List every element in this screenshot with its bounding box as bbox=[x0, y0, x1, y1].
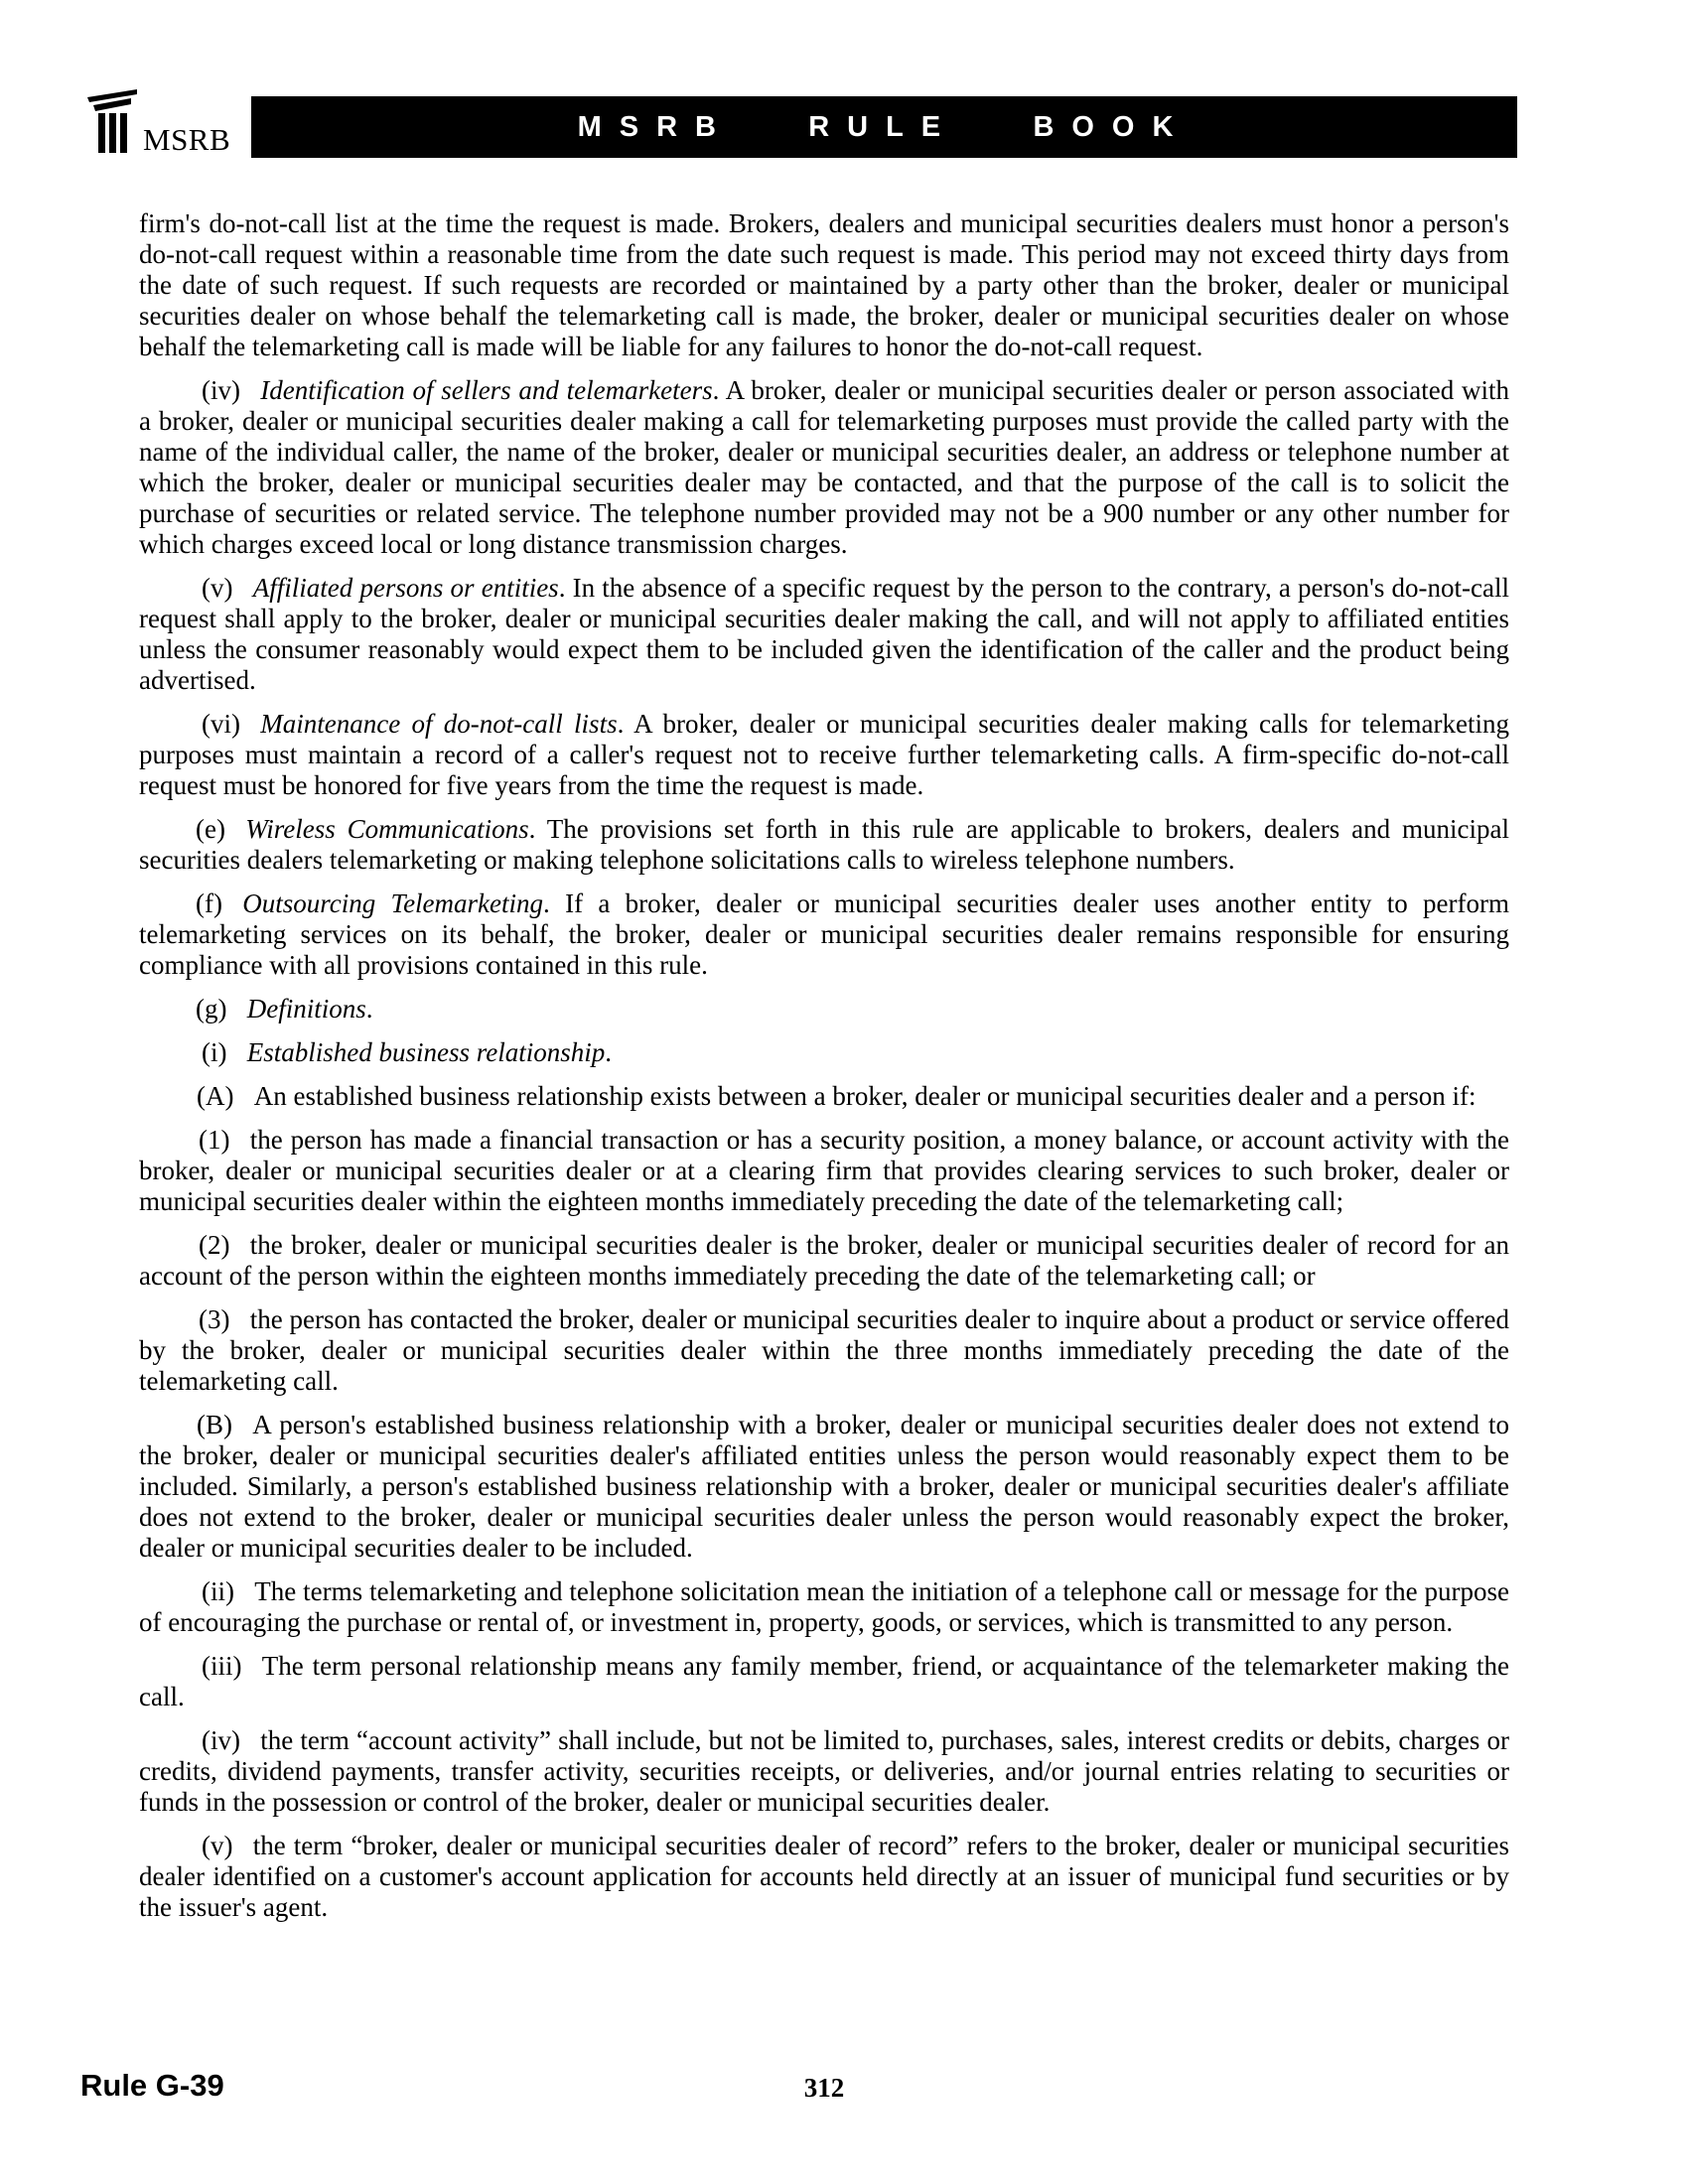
paragraph: (v)the term “broker, dealer or municipal… bbox=[139, 1831, 1509, 1923]
msrb-logo: MSRB bbox=[87, 89, 230, 153]
paragraph: (1)the person has made a financial trans… bbox=[139, 1125, 1509, 1217]
paragraph-label: (v) bbox=[202, 573, 253, 603]
paragraph-text: the broker, dealer or municipal securiti… bbox=[139, 1230, 1509, 1291]
paragraph-label: (B) bbox=[197, 1410, 252, 1439]
page-number: 312 bbox=[139, 2073, 1509, 2104]
paragraph-heading: Definitions bbox=[247, 994, 366, 1024]
paragraph: (i)Established business relationship. bbox=[139, 1037, 1509, 1068]
paragraph-label: (i) bbox=[202, 1037, 247, 1067]
paragraph-text: the term “broker, dealer or municipal se… bbox=[139, 1831, 1509, 1922]
paragraph: (iii)The term personal relationship mean… bbox=[139, 1651, 1509, 1712]
document-page: MSRB MSRB RULE BOOK firm's do-not-call l… bbox=[0, 0, 1688, 2184]
paragraph-heading: Identification of sellers and telemarket… bbox=[260, 375, 712, 405]
paragraph-text: A person's established business relation… bbox=[139, 1410, 1509, 1563]
paragraph-text: the person has made a financial transact… bbox=[139, 1125, 1509, 1216]
paragraph: (e)Wireless Communications. The provisio… bbox=[139, 814, 1509, 876]
paragraph-heading: Outsourcing Telemarketing bbox=[242, 888, 543, 918]
paragraph-text: . bbox=[605, 1037, 612, 1067]
paragraph: firm's do-not-call list at the time the … bbox=[139, 208, 1509, 362]
header-bar-title: MSRB RULE BOOK bbox=[578, 111, 1192, 144]
paragraph: (iv)Identification of sellers and telema… bbox=[139, 375, 1509, 560]
paragraph-label: (iv) bbox=[202, 1725, 260, 1755]
paragraph-label: (v) bbox=[202, 1831, 253, 1860]
paragraph-text: The terms telemarketing and telephone so… bbox=[139, 1576, 1509, 1637]
paragraph: (3)the person has contacted the broker, … bbox=[139, 1304, 1509, 1397]
header-bar: MSRB RULE BOOK bbox=[251, 96, 1517, 158]
column-icon bbox=[87, 89, 137, 153]
paragraph: (v)Affiliated persons or entities. In th… bbox=[139, 573, 1509, 696]
paragraph-heading: Maintenance of do-not-call lists bbox=[260, 709, 617, 739]
paragraph-heading: Wireless Communications bbox=[245, 814, 528, 844]
paragraph: (A)An established business relationship … bbox=[139, 1081, 1509, 1112]
paragraph-text: The term personal relationship means any… bbox=[139, 1651, 1509, 1711]
paragraph-label: (vi) bbox=[202, 709, 260, 739]
paragraph-label: (iii) bbox=[202, 1651, 262, 1681]
paragraph: (f)Outsourcing Telemarketing. If a broke… bbox=[139, 888, 1509, 981]
paragraph: (B)A person's established business relat… bbox=[139, 1410, 1509, 1564]
paragraph-label: (3) bbox=[199, 1304, 250, 1334]
paragraph: (vi)Maintenance of do-not-call lists. A … bbox=[139, 709, 1509, 801]
document-body: firm's do-not-call list at the time the … bbox=[0, 208, 1688, 1936]
paragraph-label: (A) bbox=[197, 1081, 254, 1111]
paragraph-label: (iv) bbox=[202, 375, 260, 405]
paragraph-heading: Established business relationship bbox=[247, 1037, 606, 1067]
paragraph-label: (f) bbox=[196, 888, 242, 918]
paragraph-label: (ii) bbox=[202, 1576, 254, 1606]
paragraph: (ii)The terms telemarketing and telephon… bbox=[139, 1576, 1509, 1638]
logo-wordmark: MSRB bbox=[143, 124, 230, 155]
paragraph-text: firm's do-not-call list at the time the … bbox=[139, 208, 1509, 361]
paragraph: (g)Definitions. bbox=[139, 994, 1509, 1024]
paragraph-label: (g) bbox=[196, 994, 247, 1024]
paragraph-label: (e) bbox=[196, 814, 245, 844]
paragraph-heading: Affiliated persons or entities bbox=[253, 573, 559, 603]
paragraph: (2)the broker, dealer or municipal secur… bbox=[139, 1230, 1509, 1292]
paragraph: (iv)the term “account activity” shall in… bbox=[139, 1725, 1509, 1818]
paragraph-label: (2) bbox=[199, 1230, 250, 1260]
paragraph-label: (1) bbox=[199, 1125, 250, 1155]
paragraph-text: An established business relationship exi… bbox=[254, 1081, 1477, 1111]
paragraph-text: . bbox=[366, 994, 373, 1024]
paragraph-text: the term “account activity” shall includ… bbox=[139, 1725, 1509, 1817]
paragraph-text: the person has contacted the broker, dea… bbox=[139, 1304, 1509, 1396]
